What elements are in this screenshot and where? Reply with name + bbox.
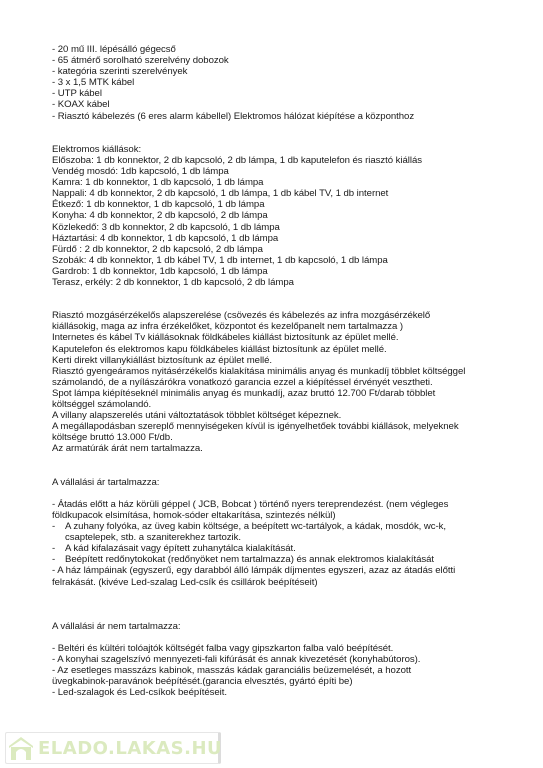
materials-item: - kategória szerinti szerelvények [52,66,522,77]
room-outlets: Nappali: 4 db konnektor, 2 db kapcsoló, … [52,188,522,199]
included-section: A vállalási ár tartalmazza: - Átadás elő… [52,477,522,588]
room-outlets: Étkező: 1 db konnektor, 1 db kapcsoló, 1… [52,199,522,210]
dash-marker: - [52,554,55,565]
materials-list: - 20 mű III. lépésálló gégecső - 65 átmé… [52,44,522,122]
materials-item: - UTP kábel [52,88,522,99]
included-indented-item: - Beépített redőnytokokat (redőnyöket ne… [52,554,522,565]
not-included-item: - Led-szalagok és Led-csíkok beépítéseit… [52,687,522,698]
section-heading: Elektromos kiállások: [52,144,522,155]
materials-item: - 65 átmérő sorolható szerelvény dobozok [52,55,522,66]
watermark-text: ELADO.LAKAS.HU [38,738,222,759]
dash-marker: - [52,543,55,554]
electrical-outlets-section: Elektromos kiállások: Előszoba: 1 db kon… [52,144,522,288]
room-outlets: Háztartási: 4 db konnektor, 1 db kapcsol… [52,233,522,244]
included-indented-item: - A zuhany folyóka, az üveg kabin költsé… [52,521,522,543]
note-line: költsége bruttó 13.000 Ft/db. [52,432,522,443]
note-line: Az armatúrák árát nem tartalmazza. [52,443,522,454]
included-item: felrakását. (kivéve Led-szalag Led-csík … [52,577,522,588]
materials-item: - Riasztó kábelezés (6 eres alarm kábell… [52,111,522,122]
note-line: Riasztó gyengeáramos nyitásérzékelős kia… [52,366,522,377]
note-line: A villany alapszerelés utáni változtatás… [52,410,522,421]
room-outlets: Szobák: 4 db konnektor, 1 db kábel TV, 1… [52,255,522,266]
notes-section: Riasztó mozgásérzékelős alapszerelése (c… [52,310,522,454]
not-included-item: - Beltéri és kültéri tolóajtók költségét… [52,643,522,654]
room-outlets: Terasz, erkély: 2 db konnektor, 1 db kap… [52,277,522,288]
house-icon [9,736,33,760]
included-indented-item: - A kád kifalazásait vagy épített zuhany… [52,543,522,554]
included-item: földkupacok elsimítása, homok-sóder elta… [52,510,522,521]
materials-item: - 3 x 1,5 MTK kábel [52,77,522,88]
not-included-item: - Az esetleges masszázs kabinok, masszás… [52,665,522,676]
note-line: Kaputelefon és elektromos kapu földkábel… [52,344,522,355]
room-outlets: Közlekedő: 3 db konnektor, 2 db kapcsoló… [52,222,522,233]
included-item: - Átadás előtt a ház körüli géppel ( JCB… [52,499,522,510]
not-included-item: üvegkabinok-paravánok beépítését.(garanc… [52,676,522,687]
room-outlets: Vendég mosdó: 1db kapcsoló, 1 db lámpa [52,166,522,177]
room-outlets: Gardrob: 1 db konnektor, 1db kapcsoló, 1… [52,266,522,277]
room-outlets: Fürdő : 2 db konnektor, 2 db kapcsoló, 2… [52,244,522,255]
room-outlets: Konyha: 4 db konnektor, 2 db kapcsoló, 2… [52,210,522,221]
note-line: költséggel számolandó. [52,399,522,410]
note-line: Spot lámpa kiépítéseknél minimális anyag… [52,388,522,399]
section-heading: A vállalási ár tartalmazza: [52,477,522,488]
dash-marker: - [52,521,55,532]
materials-item: - 20 mű III. lépésálló gégecső [52,44,522,55]
note-line: Kerti direkt villanykiállást biztosítunk… [52,355,522,366]
note-line: számolandó, de a nyílászárókra vonatkozó… [52,377,522,388]
room-outlets: Előszoba: 1 db konnektor, 2 db kapcsoló,… [52,155,522,166]
site-watermark: ELADO.LAKAS.HU [5,732,221,764]
included-item: - A ház lámpáinak (egyszerű, egy darabbó… [52,565,522,576]
note-line: kiállásokig, maga az infra érzékelőket, … [52,321,522,332]
not-included-item: - A konyhai szagelszívó mennyezeti-fali … [52,654,522,665]
document-page: - 20 mű III. lépésálló gégecső - 65 átmé… [52,44,522,699]
not-included-section: A vállalási ár nem tartalmazza: - Beltér… [52,621,522,699]
note-line: A megállapodásban szereplő mennyiségeken… [52,421,522,432]
room-outlets: Kamra: 1 db konnektor, 1 db kapcsoló, 1 … [52,177,522,188]
materials-item: - KOAX kábel [52,99,522,110]
section-heading: A vállalási ár nem tartalmazza: [52,621,522,632]
note-line: Riasztó mozgásérzékelős alapszerelése (c… [52,310,522,321]
note-line: Internetes és kábel Tv kiállásoknak föld… [52,332,522,343]
